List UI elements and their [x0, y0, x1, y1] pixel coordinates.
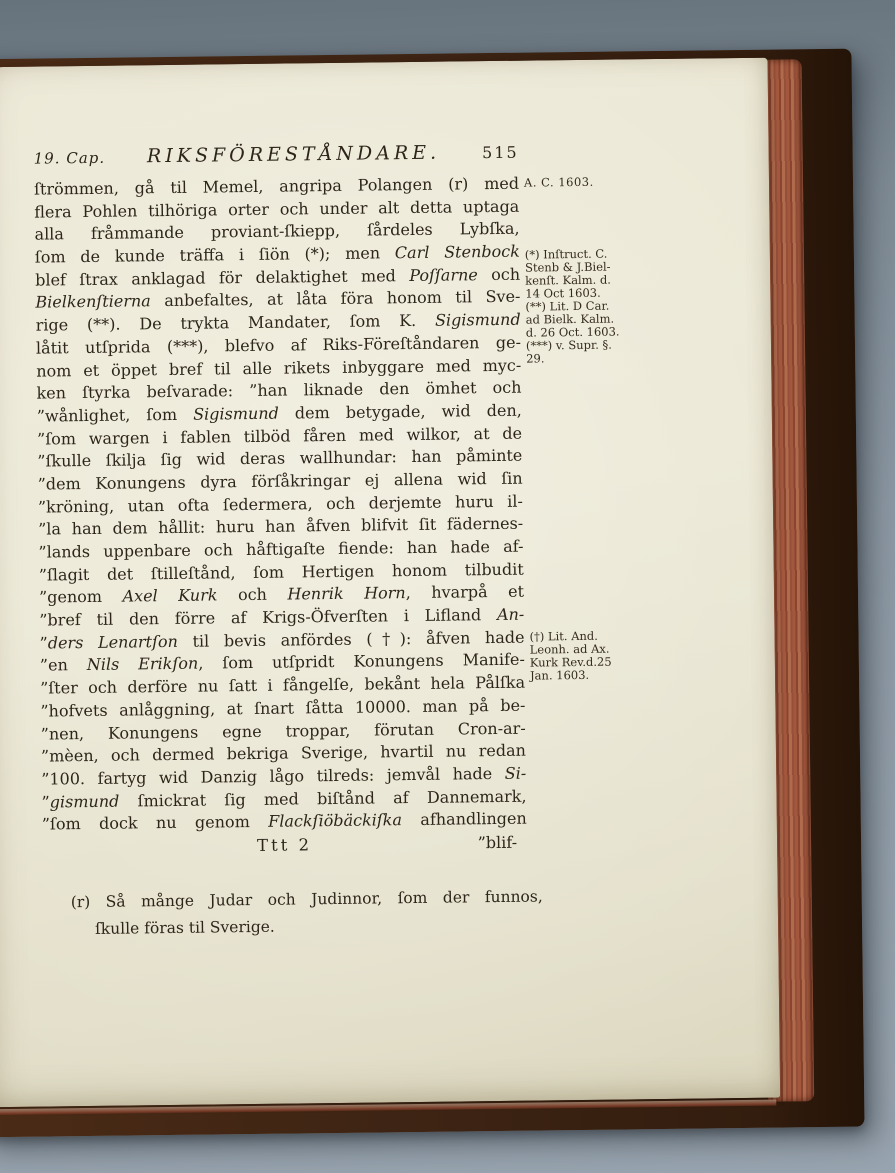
body-text: ”nen, Konungens egne troppar, förutan Cr… — [41, 718, 526, 743]
body-text: ken ſtyrka beſvarade: ”han liknade den ö… — [36, 378, 521, 403]
body-text: ”dem Konungens dyra förſåkringar ej alle… — [38, 469, 523, 494]
footnote-line: ſkulle föras til Sverige. — [95, 910, 543, 942]
body-text: ”bref til den förre af Krigs-Öfverſten i… — [39, 605, 497, 630]
margin-note: (*) Inſtruct. C.Stenb & J.Biel-kenſt. Ka… — [525, 247, 620, 365]
book-page: 19. Cap. RIKSFÖRESTÅNDARE. 515 ſtrömmen,… — [0, 58, 780, 1108]
body-text: nom et öppet bref til alle rikets inbygg… — [36, 355, 521, 380]
body-text: ſom de kunde träffa i ſiön (*); men — [35, 243, 395, 266]
body-text: blef ſtrax anklagad för delaktighet med — [35, 266, 409, 290]
italic-text: Flackſiöbäckiſka — [268, 810, 402, 831]
body-text: låtit utſprida (***), blefvo af Riks-För… — [36, 333, 521, 358]
italic-text: Carl Stenbock — [395, 242, 520, 263]
body-text: ”ſter och derföre nu ſatt i fångelſe, be… — [40, 673, 525, 698]
margin-note-line: A. C. 1603. — [524, 176, 594, 190]
italic-text: ders Lenartſon — [48, 632, 178, 653]
page-content: 19. Cap. RIKSFÖRESTÅNDARE. 515 ſtrömmen,… — [0, 58, 780, 1108]
body-text: ſmickrat ſig med biſtånd af Dannemark, — [119, 786, 526, 810]
margin-note: A. C. 1603. — [524, 176, 594, 190]
body-text: ſtrömmen, gå til Memel, angripa Polangen… — [34, 174, 519, 199]
text-area: ſtrömmen, gå til Memel, angripa Polangen… — [34, 170, 743, 943]
body-text: ”kröning, utan ofta ſedermera, och derje… — [38, 491, 523, 516]
footnote-line: (r) Så månge Judar och Judinnor, ſom der… — [71, 883, 543, 916]
page-title: RIKSFÖRESTÅNDARE. — [105, 141, 482, 168]
body-text: anbefaltes, at låta föra honom til Sve- — [151, 287, 521, 311]
margin-note-line: 29. — [526, 351, 620, 365]
body-text: ”en — [40, 655, 87, 675]
signature-row: Ttt 2 ”blif- — [42, 833, 527, 862]
footnote: (r) Så månge Judar och Judinnor, ſom der… — [43, 883, 544, 943]
body-column: ſtrömmen, gå til Memel, angripa Polangen… — [34, 173, 527, 837]
body-text: ”ſom wargen i fablen tilböd fåren med wi… — [37, 423, 522, 448]
italic-text: Henrik Horn — [287, 583, 405, 603]
body-text: til bevis anfördes (†): åfven hade — [178, 627, 525, 650]
book: 19. Cap. RIKSFÖRESTÅNDARE. 515 ſtrömmen,… — [0, 49, 865, 1138]
body-text: och — [478, 264, 521, 284]
italic-text: Bielkenſtierna — [35, 292, 151, 312]
body-text: ”genom — [39, 587, 123, 607]
body-text: flera Pohlen tilhöriga orter och under a… — [34, 196, 519, 221]
italic-text: Axel Kurk — [122, 586, 217, 606]
body-text: alla fråmmande proviant-ſkiepp, ſårdeles… — [34, 219, 519, 244]
body-text: ”hofvets anlåggning, at ſnart ſåtta 1000… — [40, 695, 525, 720]
italic-text: An- — [497, 605, 524, 624]
signature-row-holder: Ttt 2 ”blif- (r) Så månge Judar och Judi… — [42, 833, 528, 944]
body-text: , hvarpå et — [406, 582, 525, 602]
body-text: afhandlingen — [402, 809, 527, 830]
body-text: ”la han dem hållit: huru han åfven blifv… — [38, 514, 523, 539]
chapter-label: 19. Cap. — [34, 149, 106, 168]
body-text: rige (**). De trykta Mandater, ſom K. — [36, 311, 436, 335]
body-text: ”ſlagit det ſtilleſtånd, ſom Hertigen ho… — [39, 559, 524, 584]
italic-text: Poſſarne — [409, 265, 478, 285]
body-text: ”ſkulle ſkilja ſig wid deras wallhundar:… — [37, 446, 522, 471]
body-text: och — [217, 585, 287, 605]
body-text: ”wånlighet, ſom — [37, 405, 194, 426]
body-text: ”mèen, och dermed bekriga Sverige, hvart… — [41, 741, 526, 766]
body-line: ”ſom dock nu genom Flackſiöbäckiſka afha… — [42, 808, 527, 837]
italic-text: Si- — [505, 764, 527, 783]
margin-note-line: Jan. 1603. — [530, 669, 612, 683]
italic-text: Sigismund — [193, 404, 279, 424]
signature-mark: Ttt 2 — [257, 835, 312, 855]
body-text: ”100. fartyg wid Danzig lågo tilreds: je… — [41, 764, 505, 789]
body-text: ”ſom dock nu genom — [42, 812, 269, 834]
margin-note: (†) Lit. And.Leonh. ad Ax.Kurk Rev.d.25J… — [529, 630, 611, 683]
italic-text: gismund — [50, 791, 120, 811]
running-header: 19. Cap. RIKSFÖRESTÅNDARE. 515 — [34, 141, 519, 169]
italic-text: Nils Erikſon — [87, 654, 199, 674]
catchword: ”blif- — [478, 833, 518, 852]
italic-text: Sigismund — [435, 310, 521, 330]
photo-background: 19. Cap. RIKSFÖRESTÅNDARE. 515 ſtrömmen,… — [0, 0, 895, 1173]
body-text: dem betygade, wid den, — [279, 401, 522, 423]
body-text: , ſom utſpridt Konungens Manife- — [198, 650, 525, 673]
body-text: ”lands uppenbare och håftigaſte fiende: … — [38, 537, 523, 562]
margin-notes: A. C. 1603.(*) Inſtruct. C.Stenb & J.Bie… — [524, 171, 679, 173]
page-number: 515 — [482, 143, 519, 162]
